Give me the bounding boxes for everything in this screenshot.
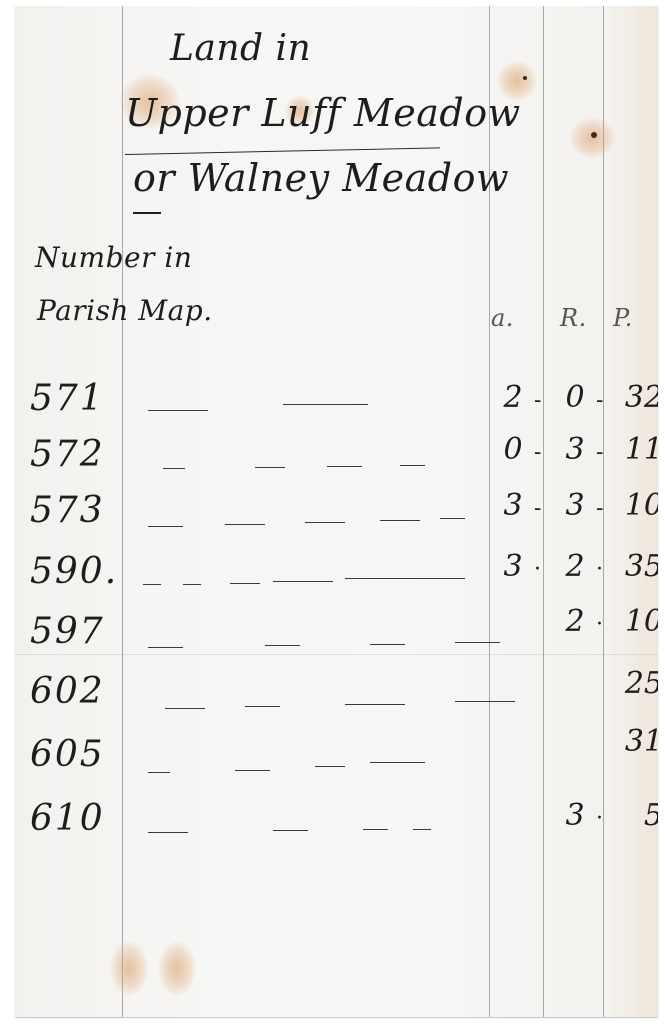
roods-value: 2 (555, 604, 595, 639)
leader-dash (163, 468, 185, 469)
column-header-number-line-2: Parish Map. (37, 294, 213, 327)
leader-dash (165, 708, 205, 709)
parish-map-number: 605 (30, 734, 105, 775)
title-line-3: or Walney Meadow (133, 156, 509, 200)
leader-dash (370, 644, 405, 645)
ink-spot (591, 132, 597, 138)
leader-dash (327, 466, 362, 467)
leader-dash (235, 770, 270, 771)
leader-dash (345, 578, 465, 579)
leader-dash (273, 830, 308, 831)
leader-dash (283, 404, 368, 405)
roods-value: 3 (555, 488, 595, 523)
leader-dash (440, 518, 465, 519)
ledger-page: Land in Upper Luff Meadow or Walney Mead… (15, 6, 658, 1017)
ruled-line-left (122, 6, 123, 1017)
perches-value: 5 (613, 798, 658, 833)
ruled-line-roods (543, 6, 544, 1017)
perches-value: 10 (613, 604, 658, 639)
leader-dash (148, 647, 183, 648)
leader-dash (148, 526, 183, 527)
roods-value: 3 (555, 432, 595, 467)
parish-map-number: 572 (30, 434, 105, 475)
leader-dash (455, 701, 515, 702)
roods-value: 2 (555, 549, 595, 584)
title-underline (125, 147, 440, 155)
foxing-stain (110, 941, 148, 996)
perches-value: 32 (613, 380, 658, 415)
parish-map-number: 597 (30, 611, 105, 652)
foxing-stain (158, 941, 196, 996)
leader-dash (400, 465, 425, 466)
column-header-number-line-1: Number in (35, 241, 192, 274)
or-underline (133, 212, 161, 214)
column-header-roods: R. (560, 304, 587, 332)
parish-map-number: 571 (30, 378, 105, 419)
leader-dash (148, 832, 188, 833)
parish-map-number: 602 (30, 671, 105, 712)
parish-map-number: 573 (30, 490, 105, 531)
leader-dash (315, 766, 345, 767)
roods-value: 3 (555, 798, 595, 833)
roods-value: 0 (555, 380, 595, 415)
parish-map-number: 610 (30, 798, 105, 839)
leader-dash (363, 829, 388, 830)
column-header-acres: a. (491, 304, 514, 332)
leader-dash (230, 583, 260, 584)
column-header-perches: P. (613, 304, 633, 332)
perches-value: 25 (613, 666, 658, 701)
leader-dash (245, 706, 280, 707)
leader-dash (380, 520, 420, 521)
parish-map-number: 590. (30, 551, 118, 592)
leader-dash (305, 522, 345, 523)
ink-spot (523, 76, 527, 80)
leader-dash (148, 772, 170, 773)
foxing-stain (570, 118, 615, 158)
leader-dash (143, 584, 161, 585)
leader-dash (265, 645, 300, 646)
leader-dash (370, 762, 425, 763)
fold-crease (15, 654, 658, 655)
acres-value: 0 (493, 432, 533, 467)
perches-value: 35 (613, 549, 658, 584)
perches-value: 10 (613, 488, 658, 523)
acres-value: 3 (493, 549, 533, 584)
acres-value: 3 (493, 488, 533, 523)
perches-value: 11 (613, 432, 658, 467)
title-line-1: Land in (170, 28, 311, 69)
acres-value: 2 (493, 380, 533, 415)
leader-dash (273, 581, 333, 582)
leader-dash (183, 584, 201, 585)
leader-dash (148, 410, 208, 411)
title-line-2: Upper Luff Meadow (125, 91, 521, 135)
leader-dash (255, 467, 285, 468)
leader-dash (455, 642, 500, 643)
leader-dash (345, 704, 405, 705)
perches-value: 31 (613, 724, 658, 759)
leader-dash (413, 829, 431, 830)
leader-dash (225, 524, 265, 525)
